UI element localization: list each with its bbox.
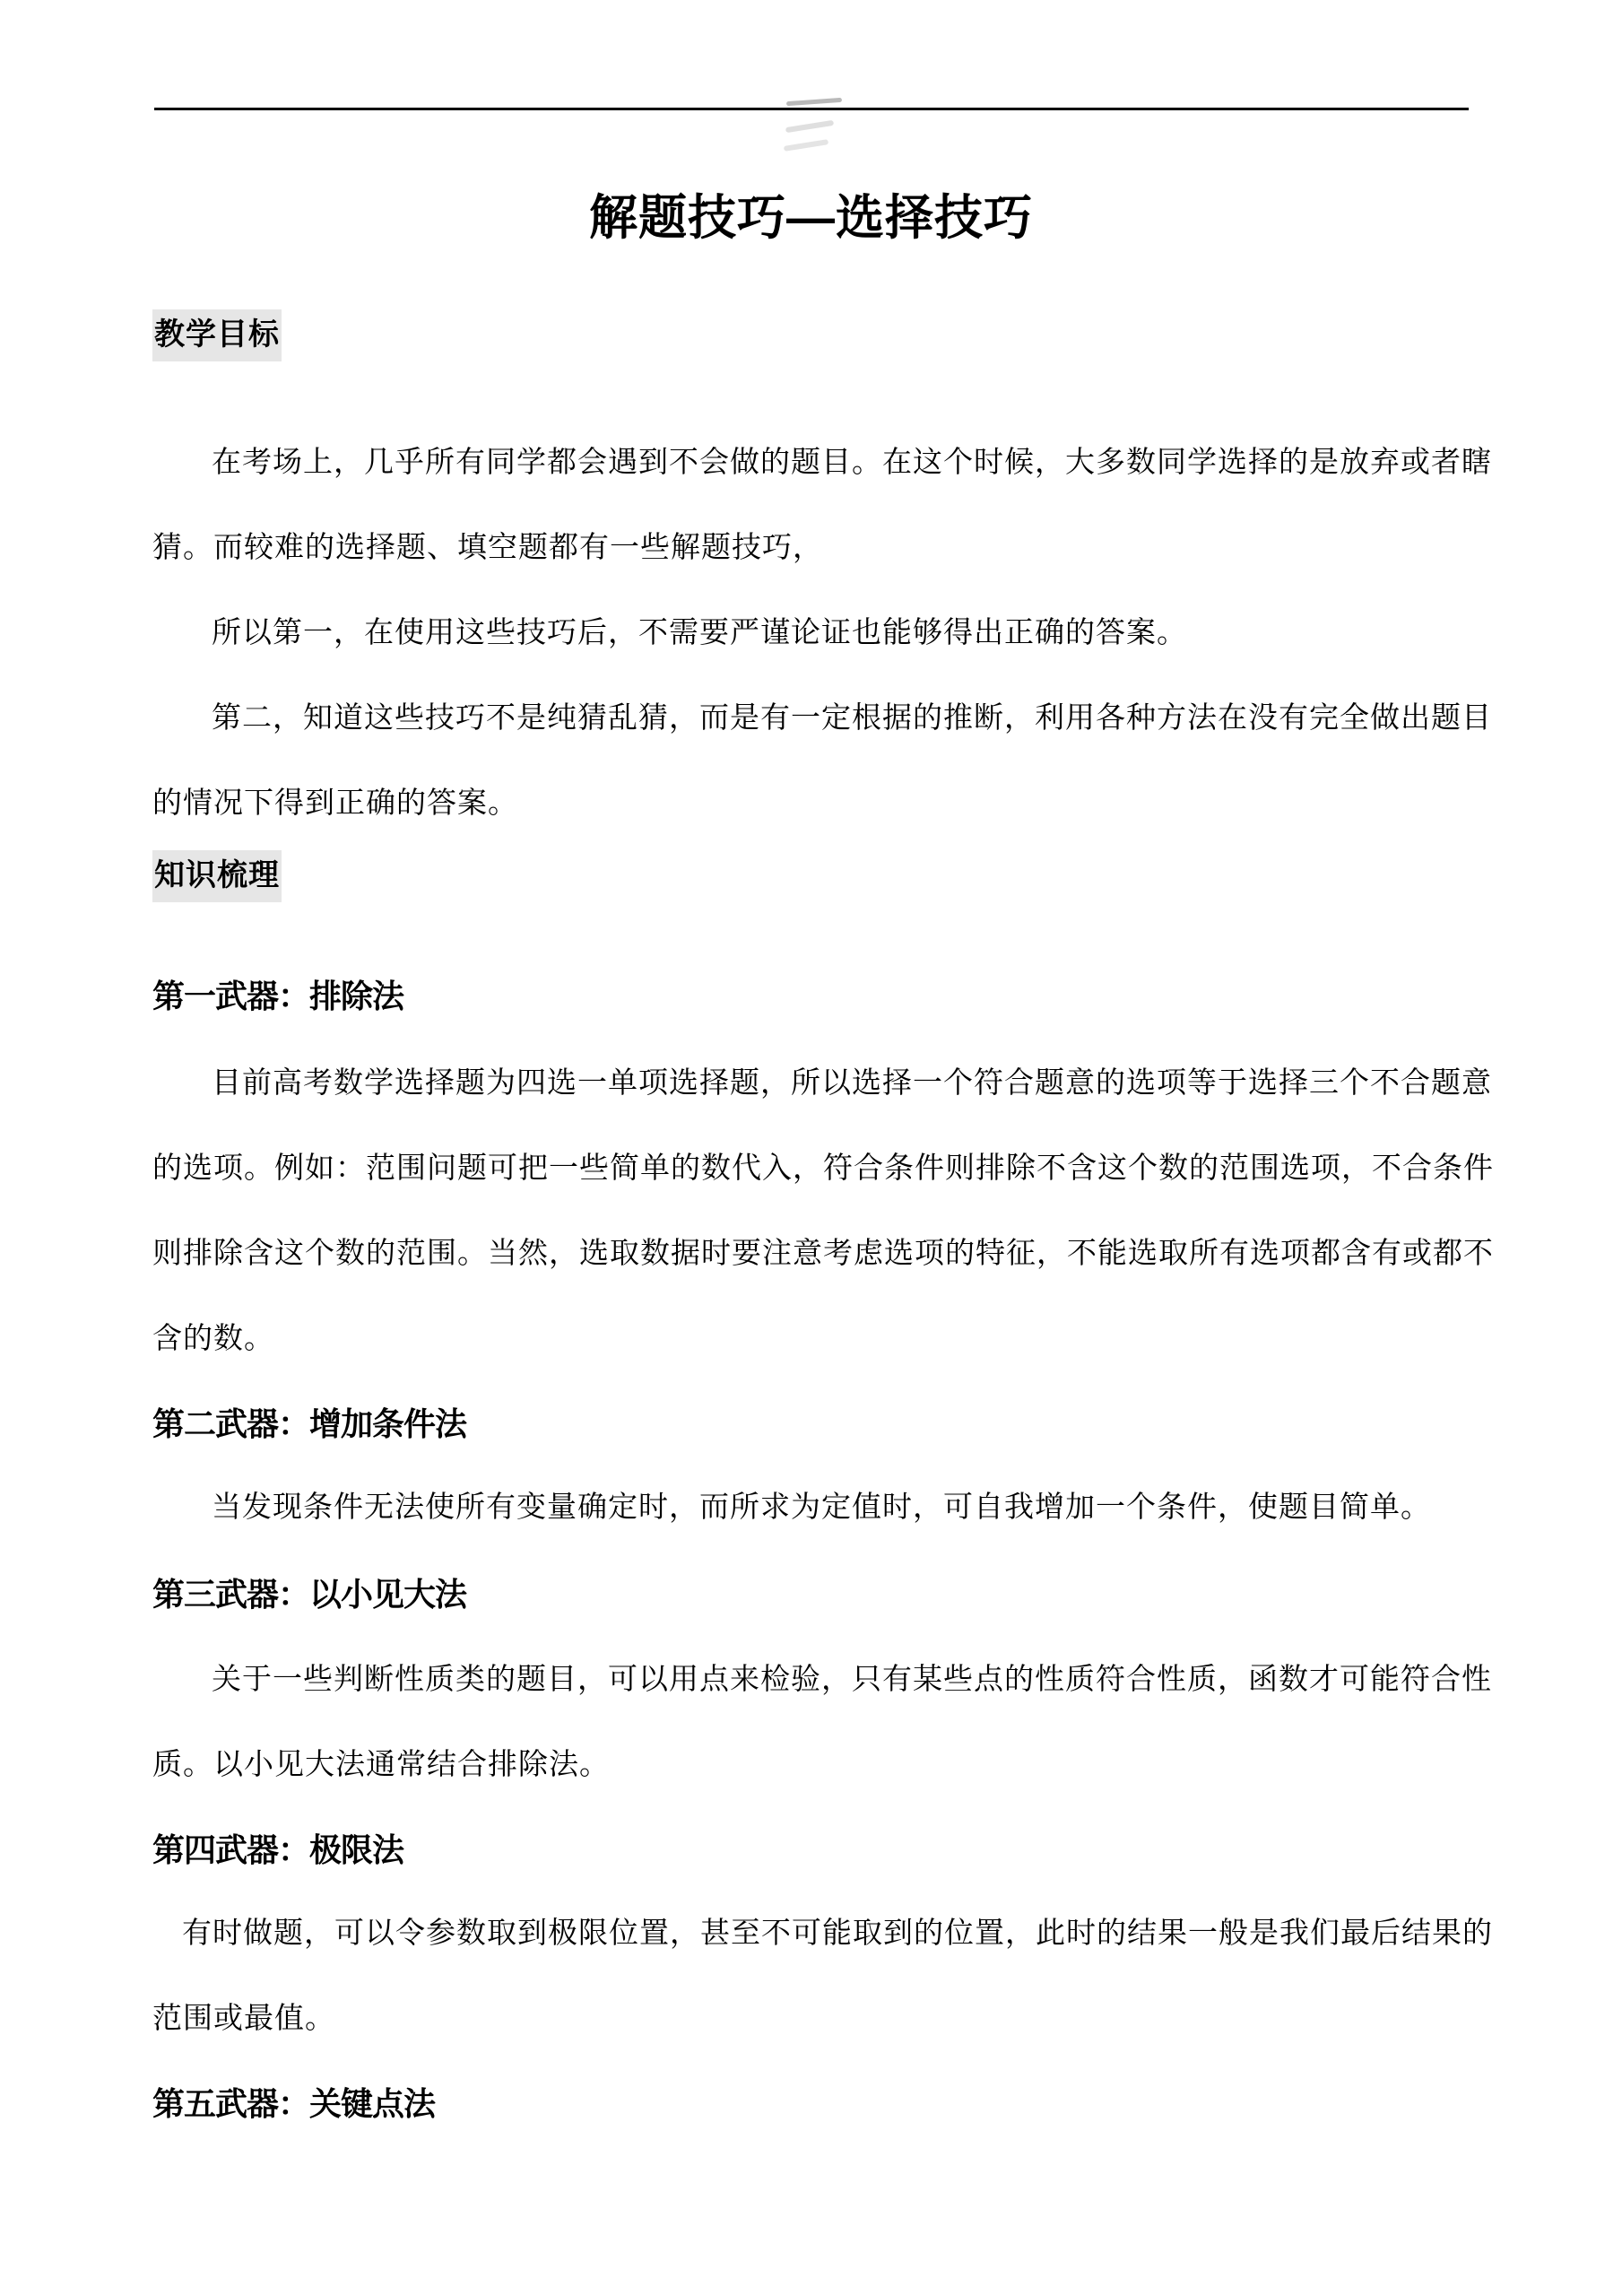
weapon-3-paragraph-line-2: 质。以小见大法通常结合排除法。	[152, 1747, 610, 1781]
weapon-1-paragraph-line-1: 目前高考数学选择题为四选一单项选择题，所以选择一个符合题意的选项等于选择三个不合…	[212, 1065, 1492, 1100]
section-header-knowledge-outline: 知识梳理	[152, 850, 282, 902]
heading-weapon-1: 第一武器：排除法	[152, 978, 403, 1014]
intro-paragraph-3-line-2: 的情况下得到正确的答案。	[152, 786, 518, 820]
intro-paragraph-2-line-1: 所以第一，在使用这些技巧后，不需要严谨论证也能够得出正确的答案。	[212, 615, 1187, 649]
weapon-3-paragraph-line-1: 关于一些判断性质类的题目，可以用点来检验，只有某些点的性质符合性质，函数才可能符…	[212, 1662, 1492, 1696]
heading-weapon-5: 第五武器：关键点法	[152, 2086, 435, 2122]
weapon-1-paragraph-line-4: 含的数。	[152, 1321, 274, 1355]
section-header-teaching-goal: 教学目标	[152, 309, 282, 361]
weapon-1-paragraph-line-3: 则排除含这个数的范围。当然，选取数据时要注意考虑选项的特征，不能选取所有选项都含…	[152, 1236, 1494, 1270]
header-rule	[154, 108, 1469, 110]
intro-paragraph-1-line-2: 猜。而较难的选择题、填空题都有一些解题技巧，	[152, 530, 823, 564]
watermark-stroke	[785, 120, 834, 133]
watermark-stroke	[786, 98, 842, 106]
watermark-stroke	[784, 139, 828, 152]
page-title: 解题技巧—选择技巧	[0, 190, 1622, 246]
document-page: 解题技巧—选择技巧 教学目标 在考场上，几乎所有同学都会遇到不会做的题目。在这个…	[0, 0, 1622, 2296]
weapon-1-paragraph-line-2: 的选项。例如：范围问题可把一些简单的数代入，符合条件则排除不含这个数的范围选项，…	[152, 1151, 1494, 1185]
heading-weapon-3: 第三武器：以小见大法	[152, 1577, 466, 1613]
heading-weapon-4: 第四武器：极限法	[152, 1832, 403, 1868]
weapon-4-paragraph-line-1: 有时做题，可以令参数取到极限位置，甚至不可能取到的位置，此时的结果一般是我们最后…	[182, 1916, 1493, 1950]
intro-paragraph-1-line-1: 在考场上，几乎所有同学都会遇到不会做的题目。在这个时候，大多数同学选择的是放弃或…	[212, 445, 1492, 479]
weapon-4-paragraph-line-2: 范围或最值。	[152, 2001, 335, 2035]
heading-weapon-2: 第二武器：增加条件法	[152, 1406, 466, 1442]
intro-paragraph-3-line-1: 第二，知道这些技巧不是纯猜乱猜，而是有一定根据的推断，利用各种方法在没有完全做出…	[212, 700, 1492, 735]
weapon-2-paragraph-line-1: 当发现条件无法使所有变量确定时，而所求为定值时，可自我增加一个条件，使题目简单。	[212, 1490, 1431, 1524]
